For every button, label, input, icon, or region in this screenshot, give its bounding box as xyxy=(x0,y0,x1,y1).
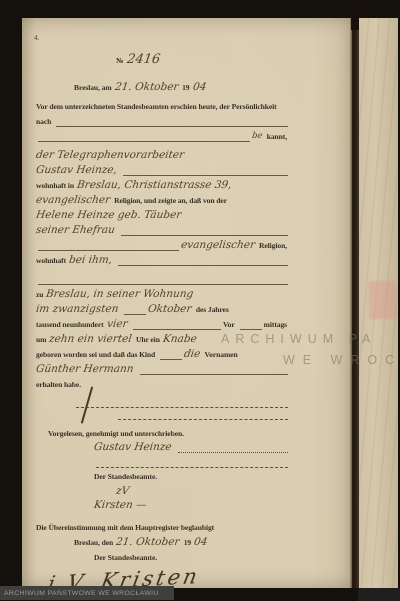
blank-rule xyxy=(56,116,288,127)
printed-text: wohnhaft xyxy=(36,256,66,266)
form-line: wohnhaft inBreslau, Christianstrasse 39, xyxy=(36,176,290,191)
printed-text: Religion, und zeigte an, daß von der xyxy=(114,196,227,206)
form-line: evangelischerReligion, xyxy=(36,236,290,251)
blank-rule xyxy=(123,165,288,176)
form-line: zuBreslau, in seiner Wohnung xyxy=(36,285,290,300)
form-line: Die Übereinstimmung mit dem Hauptregiste… xyxy=(36,518,290,533)
printed-text: Vornamen xyxy=(204,350,237,360)
handwritten-text: 04 xyxy=(192,81,207,93)
archive-stamp xyxy=(369,281,396,319)
dashed-rule xyxy=(96,457,288,468)
archive-label-text: ARCHIWUM PAŃSTWOWE WE WROCŁAWIU xyxy=(4,590,159,597)
printed-text: zu xyxy=(36,290,43,300)
handwritten-text: der Telegraphenvorarbeiter xyxy=(36,149,185,161)
handwritten-text: Oktober xyxy=(148,303,193,315)
section-birth-details: zuBreslau, in seiner Wohnungim zwanzigst… xyxy=(36,270,290,390)
section-certification: Die Übereinstimmung mit dem Hauptregiste… xyxy=(36,518,290,593)
dotted-rule xyxy=(178,442,288,453)
form-line: zV xyxy=(36,482,290,497)
printed-text: Vorgelesen, genehmigt und unterschrieben… xyxy=(48,429,184,439)
form-line: geboren worden sei und daß das KinddieVo… xyxy=(36,345,290,360)
handwritten-text: bei ihm, xyxy=(68,254,113,266)
handwritten-text: 21. Oktober xyxy=(115,536,180,548)
section-closing: Vorgelesen, genehmigt und unterschrieben… xyxy=(36,424,290,511)
printed-text: nach xyxy=(36,117,51,127)
background-block xyxy=(358,588,400,601)
form-line: Gustav Heinze xyxy=(36,439,290,454)
form-line: Gustav Heinze, xyxy=(36,161,290,176)
form-line: Vorgelesen, genehmigt und unterschrieben… xyxy=(36,424,290,439)
printed-text: des Jahres xyxy=(196,305,229,315)
form-line xyxy=(36,396,290,408)
handwritten-text: vier xyxy=(106,318,128,330)
printed-text: 19 xyxy=(184,538,191,548)
page-seam xyxy=(350,18,359,588)
section-intro: Vor dem unterzeichneten Standesbeamten e… xyxy=(36,97,290,142)
form-sections: №2416Breslau, am21. Oktober1904Vor dem u… xyxy=(22,18,352,588)
blank-rule xyxy=(140,364,288,375)
form-line: Der Standesbeamte. xyxy=(36,468,290,483)
printed-text: kannt, xyxy=(267,132,287,142)
printed-text: Vor dem unterzeichneten Standesbeamten e… xyxy=(36,102,277,112)
printed-text: geboren worden sei und daß das Kind xyxy=(36,350,155,360)
handwritten-text: Gustav Heinze, xyxy=(36,164,118,176)
handwritten-text: Breslau, in seiner Wohnung xyxy=(46,288,195,300)
handwritten-text: 2416 xyxy=(126,54,161,66)
form-line: evangelischerReligion, und zeigte an, da… xyxy=(36,191,290,206)
printed-text: Der Standesbeamte. xyxy=(94,472,157,482)
printed-text: Breslau, am xyxy=(74,83,112,93)
form-line: Breslau, am21. Oktober1904 xyxy=(36,77,290,93)
blank-rule xyxy=(38,274,288,285)
blank-rule xyxy=(38,240,179,251)
handwritten-text: Helene Heinze geb. Täuber xyxy=(36,209,182,221)
handwritten-text: Kirsten — xyxy=(93,499,147,511)
printed-text: Der Standesbeamte. xyxy=(94,553,157,563)
printed-text: um xyxy=(36,335,46,345)
handwritten-text: Gustav Heinze xyxy=(93,441,172,453)
handwritten-text: Breslau, Christianstrasse 39, xyxy=(76,179,232,191)
form-line xyxy=(36,408,290,420)
handwritten-text: Knabe xyxy=(162,333,197,345)
printed-text: tausend neunhundert xyxy=(36,320,104,330)
printed-text: Religion, xyxy=(259,241,287,251)
printed-text: wohnhaft in xyxy=(36,181,74,191)
blank-rule xyxy=(133,319,221,330)
section-head: №2416Breslau, am21. Oktober1904 xyxy=(36,48,290,93)
printed-text: 19 xyxy=(182,83,189,93)
form-line: erhalten habe. xyxy=(36,375,290,390)
printed-text: mittags xyxy=(264,320,287,330)
handwritten-text: seiner Ehefrau xyxy=(36,224,116,236)
form-line xyxy=(36,453,290,468)
printed-text: Vor xyxy=(223,320,235,330)
form-line: №2416 xyxy=(36,48,290,66)
form-line xyxy=(36,270,290,285)
blank-rule xyxy=(124,304,146,315)
handwritten-text: zehn ein viertel xyxy=(49,333,133,345)
blank-rule xyxy=(38,131,250,142)
dashed-rule xyxy=(118,409,288,420)
form-line: tausend neunhundertvierVormittags xyxy=(36,315,290,330)
form-line: Breslau, den21. Oktober1904 xyxy=(36,533,290,548)
form-line: bekannt, xyxy=(36,127,290,142)
handwritten-text: die xyxy=(183,348,201,360)
handwritten-text: im zwanzigsten xyxy=(36,303,119,315)
form-line: Günther Hermann xyxy=(36,360,290,375)
printed-text: erhalten habe. xyxy=(36,380,81,390)
form-line: seiner Ehefrau xyxy=(36,221,290,236)
blank-rule xyxy=(240,319,262,330)
handwritten-text: zV xyxy=(115,485,130,497)
handwritten-text: be xyxy=(251,130,263,142)
blank-rule xyxy=(121,225,288,236)
printed-text: Die Übereinstimmung mit dem Hauptregiste… xyxy=(36,523,214,533)
form-line: Der Standesbeamte. xyxy=(36,548,290,563)
form-line: Helene Heinze geb. Täuber xyxy=(36,206,290,221)
dashed-rule xyxy=(76,397,288,408)
form-line: Kirsten — xyxy=(36,497,290,512)
form-line: wohnhaftbei ihm, xyxy=(36,251,290,266)
handwritten-text: evangelischer xyxy=(36,194,111,206)
form-line: im zwanzigstenOktoberdes Jahres xyxy=(36,300,290,315)
document-page: 4. №2416Breslau, am21. Oktober1904Vor de… xyxy=(22,18,352,588)
printed-text: № xyxy=(116,56,124,66)
form-line: Vor dem unterzeichneten Standesbeamten e… xyxy=(36,97,290,112)
printed-text: Breslau, den xyxy=(74,538,113,548)
handwritten-text: evangelischer xyxy=(180,239,256,251)
archive-label-bar: ARCHIWUM PAŃSTWOWE WE WROCŁAWIU xyxy=(0,586,174,600)
form-line: der Telegraphenvorarbeiter xyxy=(36,146,290,161)
form-line: nach xyxy=(36,112,290,127)
blank-rule xyxy=(160,349,182,360)
section-declarant: der TelegraphenvorarbeiterGustav Heinze,… xyxy=(36,146,290,266)
section-crossout xyxy=(36,396,290,420)
printed-text: Uhr ein xyxy=(136,335,160,345)
handwritten-text: 04 xyxy=(193,536,208,548)
form-line: umzehn ein viertelUhr einKnabe xyxy=(36,330,290,345)
blank-rule xyxy=(118,255,288,266)
handwritten-text: 21. Oktober xyxy=(114,81,179,93)
handwritten-text: Günther Hermann xyxy=(36,363,134,375)
